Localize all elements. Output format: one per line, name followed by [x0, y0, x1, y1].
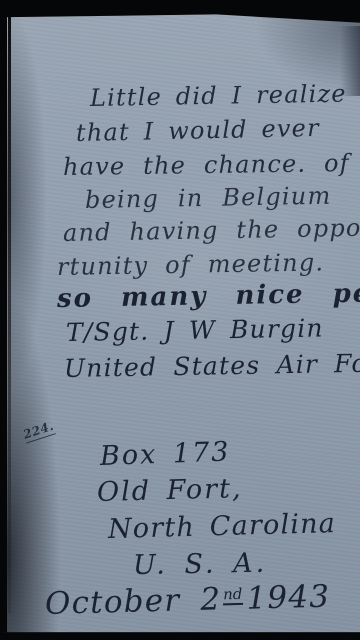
address-country: U. S. A.: [133, 548, 268, 581]
scan-border-bottom: [0, 633, 360, 640]
address-box: Box 173: [99, 436, 230, 472]
margin-number-note: 224.: [22, 419, 57, 444]
letter-line-2: that I would ever: [76, 114, 320, 147]
address-town: Old Fort,: [97, 473, 243, 508]
letter-line-1: Little did I realize: [90, 80, 347, 112]
letter-paper: Little did I realize that I would ever h…: [6, 12, 360, 634]
paper-crease-line: [8, 14, 11, 614]
signature-name: T/Sgt. J W Burgin: [66, 314, 324, 347]
date-year: 1943: [246, 579, 331, 617]
letter-line-7-emphasis: so many nice pe: [57, 279, 360, 314]
letter-line-5: and having the oppo: [63, 214, 360, 247]
scanned-letter-photo: Little did I realize that I would ever h…: [0, 0, 360, 640]
letter-line-4: being in Belgium: [85, 182, 332, 214]
signature-unit: United States Air Fo: [64, 349, 360, 383]
scan-right-shadow: [340, 26, 360, 96]
address-state: North Carolina: [108, 508, 337, 545]
date-line: October 2nd1943: [45, 579, 331, 622]
scan-border-left: [0, 0, 7, 640]
date-ordinal: nd: [223, 585, 243, 605]
letter-line-3: have the chance. of: [63, 149, 350, 181]
date-month-day: October 2: [45, 581, 222, 622]
letter-line-6: rtunity of meeting.: [57, 248, 325, 281]
